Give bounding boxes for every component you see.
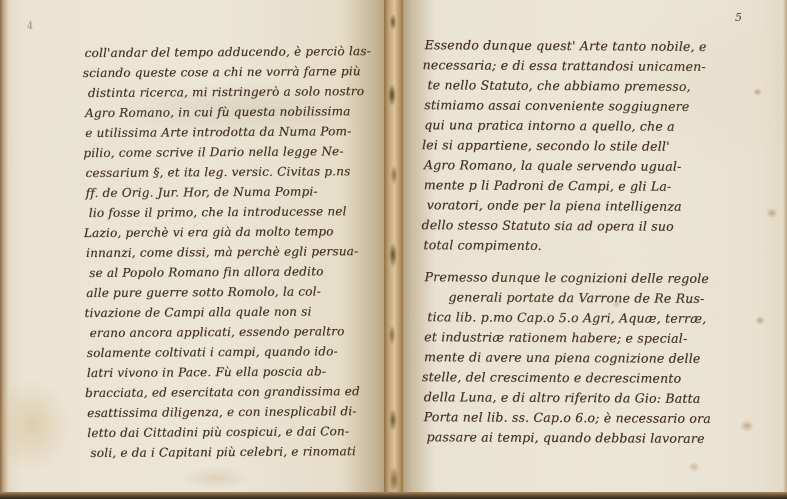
manuscript-line: bracciata, ed esercitata con grandissima… xyxy=(85,381,373,403)
manuscript-line: alle pure guerre sotto Romolo, la col- xyxy=(86,281,372,303)
manuscript-line: soli, e da i Capitani più celebri, e rin… xyxy=(90,441,373,463)
book-bottom-edge xyxy=(0,492,787,499)
manuscript-line: pilio, come scrive il Dario nella legge … xyxy=(83,141,371,163)
manuscript-line: Agro Romano, in cui fù questa nobilissim… xyxy=(85,101,371,123)
left-page-text: coll'andar del tempo adducendo, è perciò… xyxy=(85,41,374,463)
right-page-paragraph-2: Premesso dunque le cognizioni delle rego… xyxy=(423,267,711,449)
manuscript-line: della Luna, e di altro riferito da Gio: … xyxy=(424,387,711,409)
manuscript-line: Lazio, perchè vi era già da molto tempo xyxy=(84,221,372,243)
manuscript-line: qui una pratica intorno a quello, che a xyxy=(424,115,706,137)
manuscript-line: lio fosse il primo, che la introducesse … xyxy=(89,201,372,223)
manuscript-line: latri vivono in Pace. Fù ella poscia ab- xyxy=(87,361,373,383)
manuscript-line: e utilissima Arte introdotta da Numa Pom… xyxy=(85,121,371,143)
manuscript-line: cessarium §, et ita leg. versic. Civitas… xyxy=(85,161,371,183)
manuscript-line: tivazione de Campi alla quale non si xyxy=(84,301,372,323)
manuscript-line: total compimento. xyxy=(423,235,705,257)
manuscript-line: mente di avere una piena cognizione dell… xyxy=(424,347,711,369)
manuscript-line: voratori, onde per la piena intelligenza xyxy=(427,195,706,217)
manuscript-line: passare ai tempi, quando debbasi lavorar… xyxy=(426,427,710,449)
manuscript-line: stimiamo assai conveniente soggiugnere xyxy=(424,95,706,117)
manuscript-line: generali portate da Varrone de Re Rus- xyxy=(448,287,711,309)
manuscript-line: esattissima diligenza, e con inesplicabi… xyxy=(87,401,373,423)
manuscript-line: sciando queste cose a chi ne vorrà farne… xyxy=(83,61,371,83)
right-page-paragraph-1: Essendo dunque quest' Arte tanto nobile,… xyxy=(423,35,706,257)
manuscript-line: Agro Romano, la quale servendo ugual- xyxy=(424,155,706,177)
manuscript-line: solamente coltivati i campi, quando ido- xyxy=(87,341,373,363)
manuscript-line: dello stesso Statuto sia ad opera il suo xyxy=(421,215,705,237)
manuscript-line: te nello Statuto, che abbiamo premesso, xyxy=(427,75,706,97)
manuscript-line: mente p li Padroni de Campi, e gli La- xyxy=(424,175,706,197)
manuscript-line: erano ancora applicati, essendo peraltro xyxy=(89,321,372,343)
manuscript-line: necessaria; e di essa trattandosi unicam… xyxy=(422,55,706,77)
manuscript-line: tica lib. p.mo Cap.o 5.o Agri, Aquæ, ter… xyxy=(427,307,711,329)
manuscript-line: stelle, del crescimento e decrescimento xyxy=(422,367,711,389)
manuscript-line: lei si appartiene, secondo lo stile dell… xyxy=(422,135,706,157)
page-right-edge xyxy=(783,0,787,499)
book-binding-stitches xyxy=(384,0,403,499)
manuscript-line: ff. de Orig. Jur. Hor, de Numa Pompi- xyxy=(86,181,372,203)
manuscript-line: Premesso dunque le cognizioni delle rego… xyxy=(424,267,711,289)
manuscript-line: Porta nel lib. ss. Cap.o 6.o; è necessar… xyxy=(424,407,711,429)
manuscript-line: letto dai Cittadini più cospicui, e dai … xyxy=(87,421,373,443)
manuscript-line: se al Popolo Romano fin allora dedito xyxy=(89,261,372,283)
manuscript-line: innanzi, come dissi, mà perchè egli pers… xyxy=(86,241,372,263)
right-page-number: 5 xyxy=(735,11,742,24)
manuscript-line: coll'andar del tempo adducendo, è perciò… xyxy=(85,41,371,63)
manuscript-line: et industriæ rationem habere; e special- xyxy=(424,327,711,349)
manuscript-line: distinta ricerca, mi ristringerò a solo … xyxy=(88,81,371,103)
manuscript-photo: 4 5 coll'andar del tempo adducendo, è pe… xyxy=(0,0,787,499)
manuscript-line: Essendo dunque quest' Arte tanto nobile,… xyxy=(425,35,707,57)
